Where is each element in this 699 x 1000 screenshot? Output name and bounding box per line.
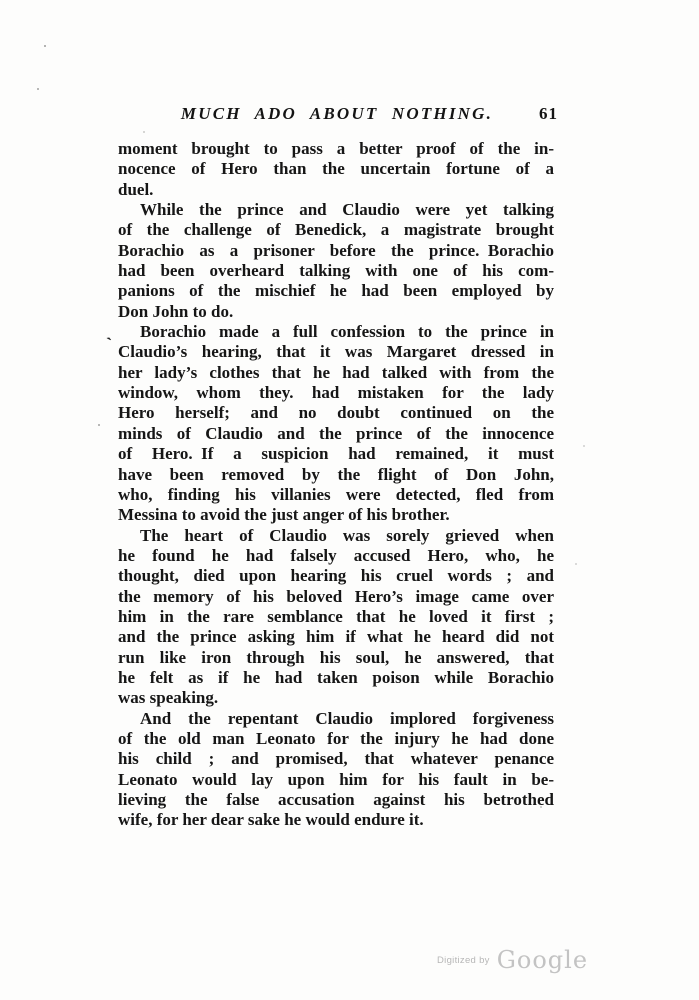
text-line: he felt as if he had taken poison while … xyxy=(118,668,554,688)
text-line: panions of the mischief he had been empl… xyxy=(118,281,554,301)
page-number: 61 xyxy=(539,104,558,124)
text-line: was speaking. xyxy=(118,688,554,708)
text-line: Claudio’s hearing, that it was Margaret … xyxy=(118,342,554,362)
text-line: he found he had falsely accused Hero, wh… xyxy=(118,546,554,566)
text-block: moment brought to pass a better proof of… xyxy=(118,139,554,831)
text-line: of the old man Leonato for the injury he… xyxy=(118,729,554,749)
text-line: wife, for her dear sake he would endure … xyxy=(118,810,554,830)
dust-speck xyxy=(143,131,145,133)
text-line: her lady’s clothes that he had talked wi… xyxy=(118,363,554,383)
watermark-prefix: Digitized by xyxy=(437,955,490,966)
text-line: duel. xyxy=(118,180,554,200)
chapter-title: MUCH ADO ABOUT NOTHING. xyxy=(181,104,493,124)
text-line: lieving the false accusation against his… xyxy=(118,790,554,810)
text-line: window, whom they. had mistaken for the … xyxy=(118,383,554,403)
text-line: had been overheard talking with one of h… xyxy=(118,261,554,281)
text-line: Hero herself; and no doubt continued on … xyxy=(118,403,554,423)
text-line: of the challenge of Benedick, a magistra… xyxy=(118,220,554,240)
dust-speck xyxy=(583,445,585,447)
text-line: Leonato would lay upon him for his fault… xyxy=(118,770,554,790)
text-line: nocence of Hero than the uncertain fortu… xyxy=(118,159,554,179)
dust-speck xyxy=(540,806,542,808)
text-line: Borachio made a full confession to the p… xyxy=(118,322,554,342)
text-line: And the repentant Claudio implored forgi… xyxy=(118,709,554,729)
scan-artifact-mark: ` xyxy=(106,334,115,356)
text-line: Borachio as a prisoner before the prince… xyxy=(118,241,554,261)
dust-speck xyxy=(44,45,46,47)
text-line: and the prince asking him if what he hea… xyxy=(118,627,554,647)
dust-speck xyxy=(575,563,577,565)
text-line: Messina to avoid the just anger of his b… xyxy=(118,505,554,525)
text-line: While the prince and Claudio were yet ta… xyxy=(118,200,554,220)
scanned-book-page: MUCH ADO ABOUT NOTHING. 61 moment brough… xyxy=(0,0,699,1000)
paragraph: And the repentant Claudio implored forgi… xyxy=(118,709,554,831)
text-line: minds of Claudio and the prince of the i… xyxy=(118,424,554,444)
text-line: Don John to do. xyxy=(118,302,554,322)
text-line: his child ; and promised, that whatever … xyxy=(118,749,554,769)
text-line: have been removed by the flight of Don J… xyxy=(118,465,554,485)
text-line: him in the rare semblance that he loved … xyxy=(118,607,554,627)
dust-speck xyxy=(37,88,39,90)
text-line: who, finding his villanies were detected… xyxy=(118,485,554,505)
paragraph: Borachio made a full confession to the p… xyxy=(118,322,554,525)
text-line: thought, died upon hearing his cruel wor… xyxy=(118,566,554,586)
paragraph: moment brought to pass a better proof of… xyxy=(118,139,554,200)
paragraph: While the prince and Claudio were yet ta… xyxy=(118,200,554,322)
text-line: run like iron through his soul, he answe… xyxy=(118,648,554,668)
dust-speck xyxy=(98,424,100,426)
google-logo: Google xyxy=(497,948,588,972)
text-line: the memory of his beloved Hero’s image c… xyxy=(118,587,554,607)
running-header: MUCH ADO ABOUT NOTHING. 61 xyxy=(118,104,556,126)
text-line: The heart of Claudio was sorely grieved … xyxy=(118,526,554,546)
watermark: Digitized by Google xyxy=(437,942,587,978)
text-line: of Hero. If a suspicion had remained, it… xyxy=(118,444,554,464)
text-line: moment brought to pass a better proof of… xyxy=(118,139,554,159)
paragraph: The heart of Claudio was sorely grieved … xyxy=(118,526,554,709)
